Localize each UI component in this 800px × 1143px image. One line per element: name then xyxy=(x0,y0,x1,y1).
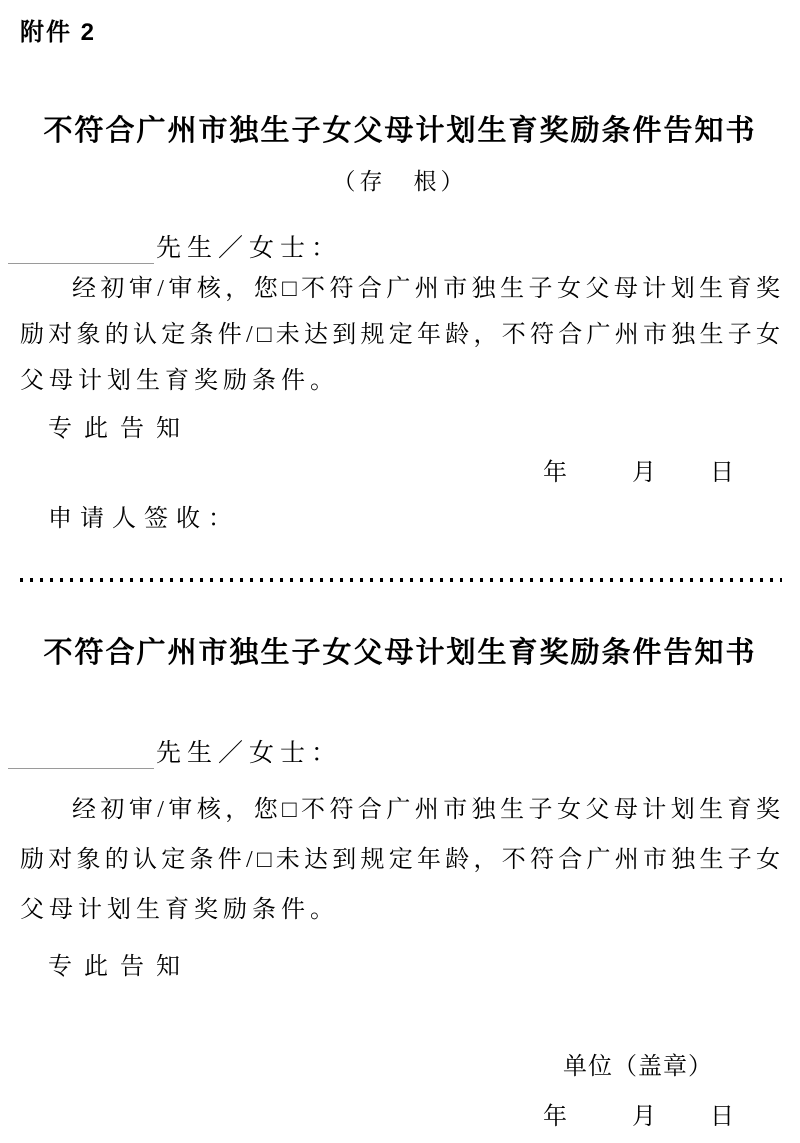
notice-salutation-line: 先生／女士： xyxy=(8,733,342,769)
dotted-cut-divider xyxy=(20,578,782,582)
unit-seal-label: 单位（盖章） xyxy=(563,1046,713,1081)
notice-title: 不符合广州市独生子女父母计划生育奖励条件告知书 xyxy=(0,630,800,671)
name-blank-underline xyxy=(8,742,154,769)
stub-body-line-1: 经初审/审核，您□不符合广州市独生子女父母计划生育奖 xyxy=(20,266,780,312)
notice-closing-text: 专此告知 xyxy=(48,946,192,981)
notice-date-day: 日 xyxy=(710,1096,734,1131)
notice-body-line-2: 励对象的认定条件/□未达到规定年龄，不符合广州市独生子女 xyxy=(20,835,780,885)
notice-date-month: 月 xyxy=(632,1096,656,1131)
stub-body-paragraph: 经初审/审核，您□不符合广州市独生子女父母计划生育奖 励对象的认定条件/□未达到… xyxy=(20,266,780,404)
stub-body-line-2: 励对象的认定条件/□未达到规定年龄，不符合广州市独生子女 xyxy=(20,312,780,358)
document-page: 附件 2 不符合广州市独生子女父母计划生育奖励条件告知书 （存 根） 先生／女士… xyxy=(0,0,800,1143)
attachment-label: 附件 2 xyxy=(20,12,96,47)
stub-date-month: 月 xyxy=(632,452,656,487)
stub-salutation-line: 先生／女士： xyxy=(8,228,342,264)
salutation-text: 先生／女士： xyxy=(156,235,342,262)
notice-date-line: 年 月 日 xyxy=(0,1096,800,1130)
stub-closing-text: 专此告知 xyxy=(48,408,192,443)
notice-body-line-3: 父母计划生育奖励条件。 xyxy=(20,885,780,935)
notice-body-line-1: 经初审/审核，您□不符合广州市独生子女父母计划生育奖 xyxy=(20,785,780,835)
stub-date-line: 年 月 日 xyxy=(0,452,800,486)
notice-body-paragraph: 经初审/审核，您□不符合广州市独生子女父母计划生育奖 励对象的认定条件/□未达到… xyxy=(20,785,780,935)
applicant-signature-label: 申请人签收： xyxy=(48,498,240,533)
name-blank-underline xyxy=(8,237,154,264)
stub-title: 不符合广州市独生子女父母计划生育奖励条件告知书 xyxy=(0,108,800,149)
stub-body-line-3: 父母计划生育奖励条件。 xyxy=(20,358,780,404)
stub-date-day: 日 xyxy=(710,452,734,487)
stub-subtitle: （存 根） xyxy=(0,163,800,196)
stub-date-year: 年 xyxy=(543,452,567,487)
salutation-text: 先生／女士： xyxy=(156,740,342,767)
notice-date-year: 年 xyxy=(543,1096,567,1131)
